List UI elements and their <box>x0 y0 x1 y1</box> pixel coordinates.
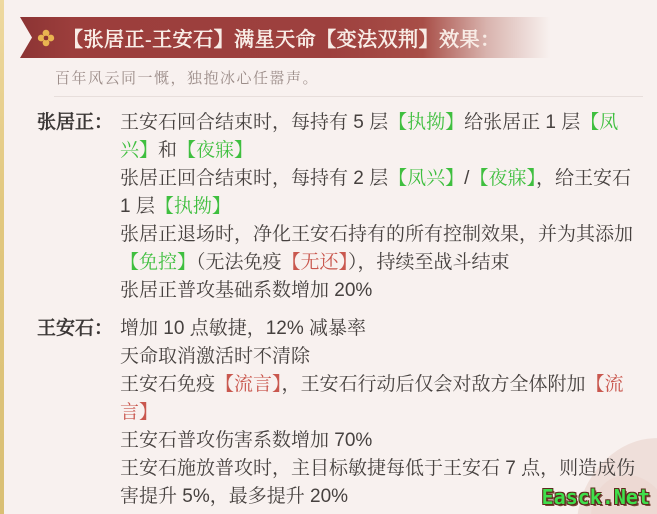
effect-paragraph: 张居正回合结束时，每持有 2 层【凤兴】/【夜寐】，给王安石 1 层【执拗】 <box>120 165 636 221</box>
effect-text: 天命取消激活时不清除 <box>120 346 310 367</box>
debuff-term: 【无还】 <box>282 252 349 273</box>
watermark: Easck.Net <box>542 485 650 509</box>
flower-icon <box>37 29 55 47</box>
buff-term: 【执拗】 <box>155 196 231 217</box>
effect-section: 张居正：王安石回合结束时，每持有 5 层【执拗】给张居正 1 层【凤兴】和【夜寐… <box>37 109 649 305</box>
debuff-term: 【流言】 <box>215 374 282 395</box>
effect-text: ，王安石行动后仅会对敌方全体附加 <box>282 374 586 395</box>
effect-text: 张居正回合结束时，每持有 2 层 <box>120 168 388 189</box>
buff-term: 【执拗】 <box>388 112 464 133</box>
effect-paragraph: 王安石普攻伤害系数增加 70% <box>120 427 636 455</box>
effect-text: 王安石免疫 <box>120 374 215 395</box>
buff-term: 【免控】 <box>120 252 196 273</box>
buff-term: 【夜寐】 <box>469 168 536 189</box>
buff-term: 【凤兴】 <box>388 168 464 189</box>
section-label: 张居正： <box>37 109 120 305</box>
effect-paragraph: 张居正普攻基础系数增加 20% <box>120 277 636 305</box>
effect-text: 和 <box>158 140 177 161</box>
banner-title: 【张居正-王安石】满星天命【变法双荆】效果： <box>63 23 501 52</box>
effect-text: 增加 10 点敏捷，12% 减暴率 <box>120 318 366 339</box>
flavor-text: 百年风云同一慨，独抱冰心任嚣声。 <box>55 67 319 88</box>
effect-text: （无法免疫 <box>196 252 282 273</box>
title-banner: 【张居正-王安石】满星天命【变法双荆】效果： <box>20 17 550 58</box>
section-label: 王安石： <box>37 315 120 511</box>
effect-paragraph: 天命取消激活时不清除 <box>120 343 636 371</box>
effect-text: 张居正退场时，净化王安石持有的所有控制效果，并为其添加 <box>120 224 633 245</box>
effects-list: 张居正：王安石回合结束时，每持有 5 层【执拗】给张居正 1 层【凤兴】和【夜寐… <box>37 109 649 511</box>
effect-text: 王安石回合结束时，每持有 5 层 <box>120 112 388 133</box>
left-border-strip <box>0 0 4 514</box>
effect-paragraph: 王安石免疫【流言】，王安石行动后仅会对敌方全体附加【流言】 <box>120 371 636 427</box>
effect-text: ），持续至战斗结束 <box>348 252 510 273</box>
divider <box>54 96 643 97</box>
effect-text: 王安石普攻伤害系数增加 70% <box>120 430 372 451</box>
effect-paragraph: 张居正退场时，净化王安石持有的所有控制效果，并为其添加【免控】（无法免疫【无还】… <box>120 221 636 277</box>
effect-text: 给张居正 1 层 <box>464 112 580 133</box>
section-body: 增加 10 点敏捷，12% 减暴率天命取消激活时不清除王安石免疫【流言】，王安石… <box>120 315 636 511</box>
effect-text: 张居正普攻基础系数增加 20% <box>120 280 372 301</box>
section-body: 王安石回合结束时，每持有 5 层【执拗】给张居正 1 层【凤兴】和【夜寐】张居正… <box>120 109 636 305</box>
buff-term: 【夜寐】 <box>177 140 253 161</box>
effect-paragraph: 王安石回合结束时，每持有 5 层【执拗】给张居正 1 层【凤兴】和【夜寐】 <box>120 109 636 165</box>
effect-paragraph: 增加 10 点敏捷，12% 减暴率 <box>120 315 636 343</box>
effect-section: 王安石：增加 10 点敏捷，12% 减暴率天命取消激活时不清除王安石免疫【流言】… <box>37 315 649 511</box>
